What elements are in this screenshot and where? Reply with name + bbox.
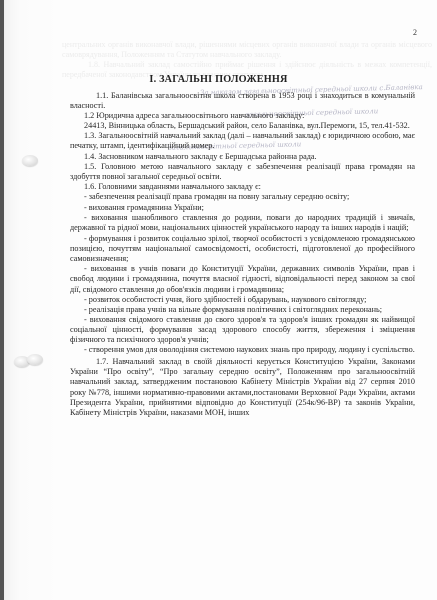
paragraph-1-4: 1.4. Засновником навчального закладу є Б…	[70, 152, 415, 162]
ghost-line: центральних органів виконавчої влади, рі…	[62, 40, 432, 60]
list-item: - виховання свідомого ставлення до свого…	[70, 315, 415, 345]
paragraph-1-2-address: 24413, Вінницька область, Бершадський ра…	[70, 121, 415, 131]
punch-hole	[27, 354, 43, 365]
paragraph-1-7: 1.7. Навчальний заклад в своїй діяльност…	[70, 357, 415, 418]
list-item: - виховання громадянина України;	[70, 203, 415, 213]
paragraph-1-5: 1.5. Головною метою навчального закладу …	[70, 162, 415, 182]
document-page: центральних органів виконавчої влади, рі…	[0, 0, 437, 600]
paragraph-1-1: 1.1. Баланівська загальноосвітня школа с…	[70, 91, 415, 111]
list-item: - забезпечення реалізації права громадян…	[70, 192, 415, 202]
paragraph-1-2: 1.2 Юридична адреса загальноосвітнього н…	[70, 111, 415, 121]
scan-edge	[0, 0, 4, 600]
list-item: - виховання шанобливого ставлення до род…	[70, 213, 415, 233]
list-item: - формування і розвиток соціально зрілої…	[70, 234, 415, 264]
list-item: - розвиток особистості учня, його здібно…	[70, 295, 415, 305]
paragraph-1-3: 1.3. Загальноосвітній навчальний заклад …	[70, 131, 415, 151]
document-body: 1.1. Баланівська загальноосвітня школа с…	[70, 91, 415, 418]
section-title: І. ЗАГАЛЬНІ ПОЛОЖЕННЯ	[0, 74, 437, 85]
list-item: - реалізація права учнів на вільне форму…	[70, 305, 415, 315]
page-number: 2	[413, 28, 417, 37]
paragraph-1-6: 1.6. Головними завданнями навчального за…	[70, 182, 415, 192]
punch-hole	[22, 155, 38, 166]
list-item: - створення умов для оволодіння системою…	[70, 345, 415, 355]
list-item: - виховання в учнів поваги до Конституці…	[70, 264, 415, 294]
